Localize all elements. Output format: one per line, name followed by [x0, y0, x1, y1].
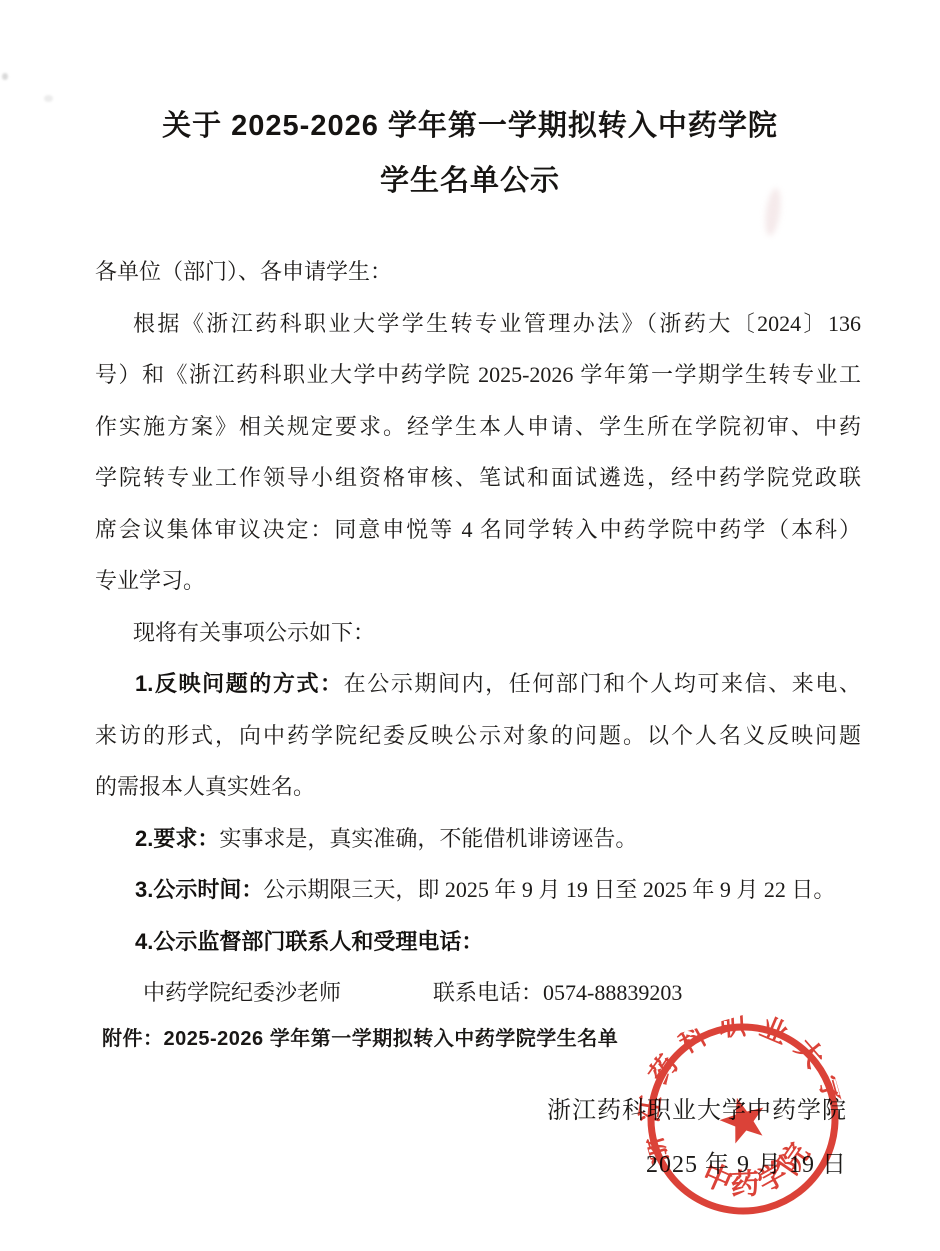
item1-label: 1.反映问题的方式：	[135, 671, 344, 696]
item4-label: 4.公示监督部门联系人和受理电话：	[135, 929, 483, 954]
item1-line3: 的需报本人真实姓名。	[95, 761, 861, 813]
official-seal-stamp: 浙江药科职业大学 中药学院	[619, 995, 866, 1242]
document-title-line1: 关于 2025-2026 学年第一学期拟转入中药学院	[0, 103, 940, 144]
item1-line1: 1.反映问题的方式：在公示期间内，任何部门和个人均可来信、来电、	[95, 658, 861, 710]
scanned-notice-page: 关于 2025-2026 学年第一学期拟转入中药学院 学生名单公示 各单位（部门…	[0, 0, 940, 1251]
paragraph1-line2: 号）和《浙江药科职业大学中药学院 2025-2026 学年第一学期学生转专业工	[95, 349, 861, 401]
paragraph1-line5: 席会议集体审议决定：同意申悦等 4 名同学转入中药学院中药学（本科）	[95, 504, 861, 556]
item1-line2: 来访的形式，向中药学院纪委反映公示对象的问题。以个人名义反映问题	[95, 710, 861, 762]
paragraph1-line3: 作实施方案》相关规定要求。经学生本人申请、学生所在学院初审、中药	[95, 401, 861, 453]
item2-line: 2.要求：实事求是，真实准确，不能借机诽谤诬告。	[95, 813, 861, 865]
scan-speck-artifact	[44, 95, 53, 102]
paragraph1-line1: 根据《浙江药科职业大学学生转专业管理办法》（浙药大〔2024〕136	[95, 298, 861, 350]
scan-speck-artifact	[2, 73, 8, 80]
item1-text: 在公示期间内，任何部门和个人均可来信、来电、	[344, 671, 861, 696]
contact-line: 中药学院纪委沙老师联系电话：0574-88839203	[95, 967, 861, 1019]
attachment-line: 附件：2025-2026 学年第一学期拟转入中药学院学生名单	[102, 1022, 618, 1051]
item3-text: 公示期限三天，即 2025 年 9 月 19 日至 2025 年 9 月 22 …	[263, 877, 835, 902]
item3-label: 3.公示时间：	[135, 877, 263, 902]
document-title-line2: 学生名单公示	[0, 158, 940, 199]
document-body: 各单位（部门）、各申请学生： 根据《浙江药科职业大学学生转专业管理办法》（浙药大…	[95, 246, 861, 1019]
item3-line: 3.公示时间：公示期限三天，即 2025 年 9 月 19 日至 2025 年 …	[95, 864, 861, 916]
contact-phone: 联系电话：0574-88839203	[433, 980, 682, 1005]
salutation-line: 各单位（部门）、各申请学生：	[95, 246, 861, 298]
item4-line: 4.公示监督部门联系人和受理电话：	[95, 916, 861, 968]
notice-line: 现将有关事项公示如下：	[95, 607, 861, 659]
item2-text: 实事求是，真实准确，不能借机诽谤诬告。	[219, 826, 637, 851]
contact-person: 中药学院纪委沙老师	[143, 980, 341, 1005]
paragraph1-line4: 学院转专业工作领导小组资格审核、笔试和面试遴选，经中药学院党政联	[95, 452, 861, 504]
paragraph1-line6: 专业学习。	[95, 555, 861, 607]
star-icon	[715, 1092, 771, 1146]
item2-label: 2.要求：	[135, 826, 219, 851]
